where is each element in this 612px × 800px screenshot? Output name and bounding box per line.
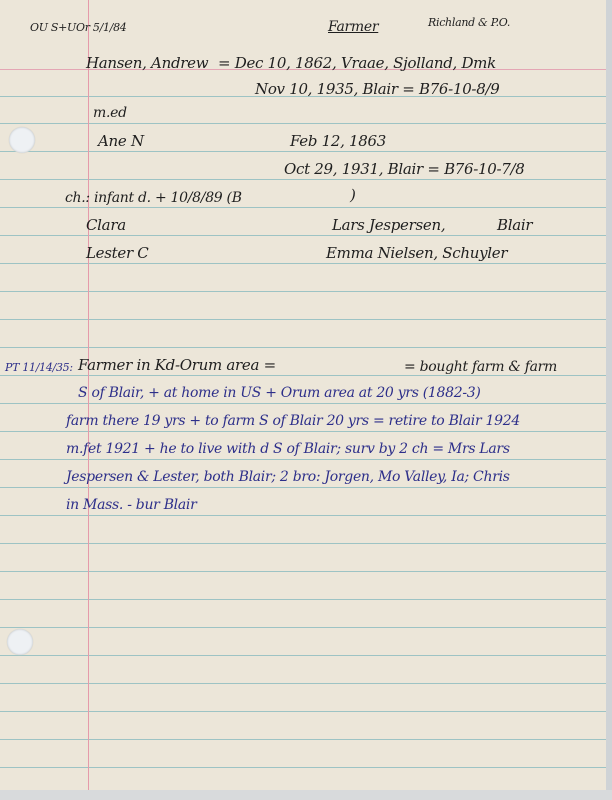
child-spouse-2: Emma Nielsen, Schuyler [326,246,507,261]
notes-line-5: Jespersen & Lester, both Blair; 2 bro: J… [66,470,510,484]
rule-line [0,627,606,628]
rule-line [0,711,606,712]
punch-hole-bottom [7,629,33,655]
person-name: Hansen, Andrew [86,56,208,71]
spouse-birth: Feb 12, 1863 [290,134,386,149]
person-death: Nov 10, 1935, Blair = B76-10-8/9 [255,82,499,97]
rule-line [0,767,606,768]
rule-line [0,683,606,684]
rule-line [0,291,606,292]
rule-line [0,347,606,348]
rule-line [0,235,606,236]
rule-line [0,207,606,208]
occupation: Farmer [328,20,378,34]
rule-line [0,319,606,320]
child-spouse-1: Lars Jespersen, [332,218,445,233]
notes-line-1b: = bought farm & farm [404,360,557,374]
rule-line [0,599,606,600]
person-birth: = Dec 10, 1862, Vraae, Sjolland, Dmk [218,56,496,71]
punch-hole-top [9,127,35,153]
rule-line [0,263,606,264]
spouse-death: Oct 29, 1931, Blair = B76-10-7/8 [284,162,525,177]
rule-line [0,739,606,740]
notes-line-1a: Farmer in Kd-Orum area = [78,358,276,373]
scan-edge-bottom [0,790,612,800]
rule-line [0,123,606,124]
rule-line [0,459,606,460]
rule-line [0,515,606,516]
rule-line [0,543,606,544]
location: Richland & P.O. [428,17,510,28]
children-header: ch.: infant d. + 10/8/89 (B [65,191,242,205]
notes-ref: PT 11/14/35: [5,362,73,373]
rule-line [0,403,606,404]
rule-line [0,655,606,656]
notes-line-2: S of Blair, + at home in US + Orum area … [78,386,481,400]
rule-line [0,571,606,572]
scan-edge-right [606,0,612,800]
notebook-page: OU S+UOr 5/1/84 Farmer Richland & P.O. H… [0,0,606,790]
notes-line-6: in Mass. - bur Blair [66,498,196,512]
notes-line-3: farm there 19 yrs + to farm S of Blair 2… [66,414,520,428]
rule-line [0,179,606,180]
child-name-2: Lester C [86,246,148,261]
child-name-1: Clara [86,218,126,233]
spouse-name: Ane N [98,134,144,149]
notes-line-4: m.fet 1921 + he to live with d S of Blai… [66,442,510,456]
child-place-1: Blair [497,218,532,233]
rule-line [0,487,606,488]
rule-line [0,431,606,432]
rule-line [0,151,606,152]
source-date: OU S+UOr 5/1/84 [30,22,127,33]
rule-line [0,375,606,376]
bracket: ) [350,188,356,203]
marriage-label: m.ed [93,106,127,120]
